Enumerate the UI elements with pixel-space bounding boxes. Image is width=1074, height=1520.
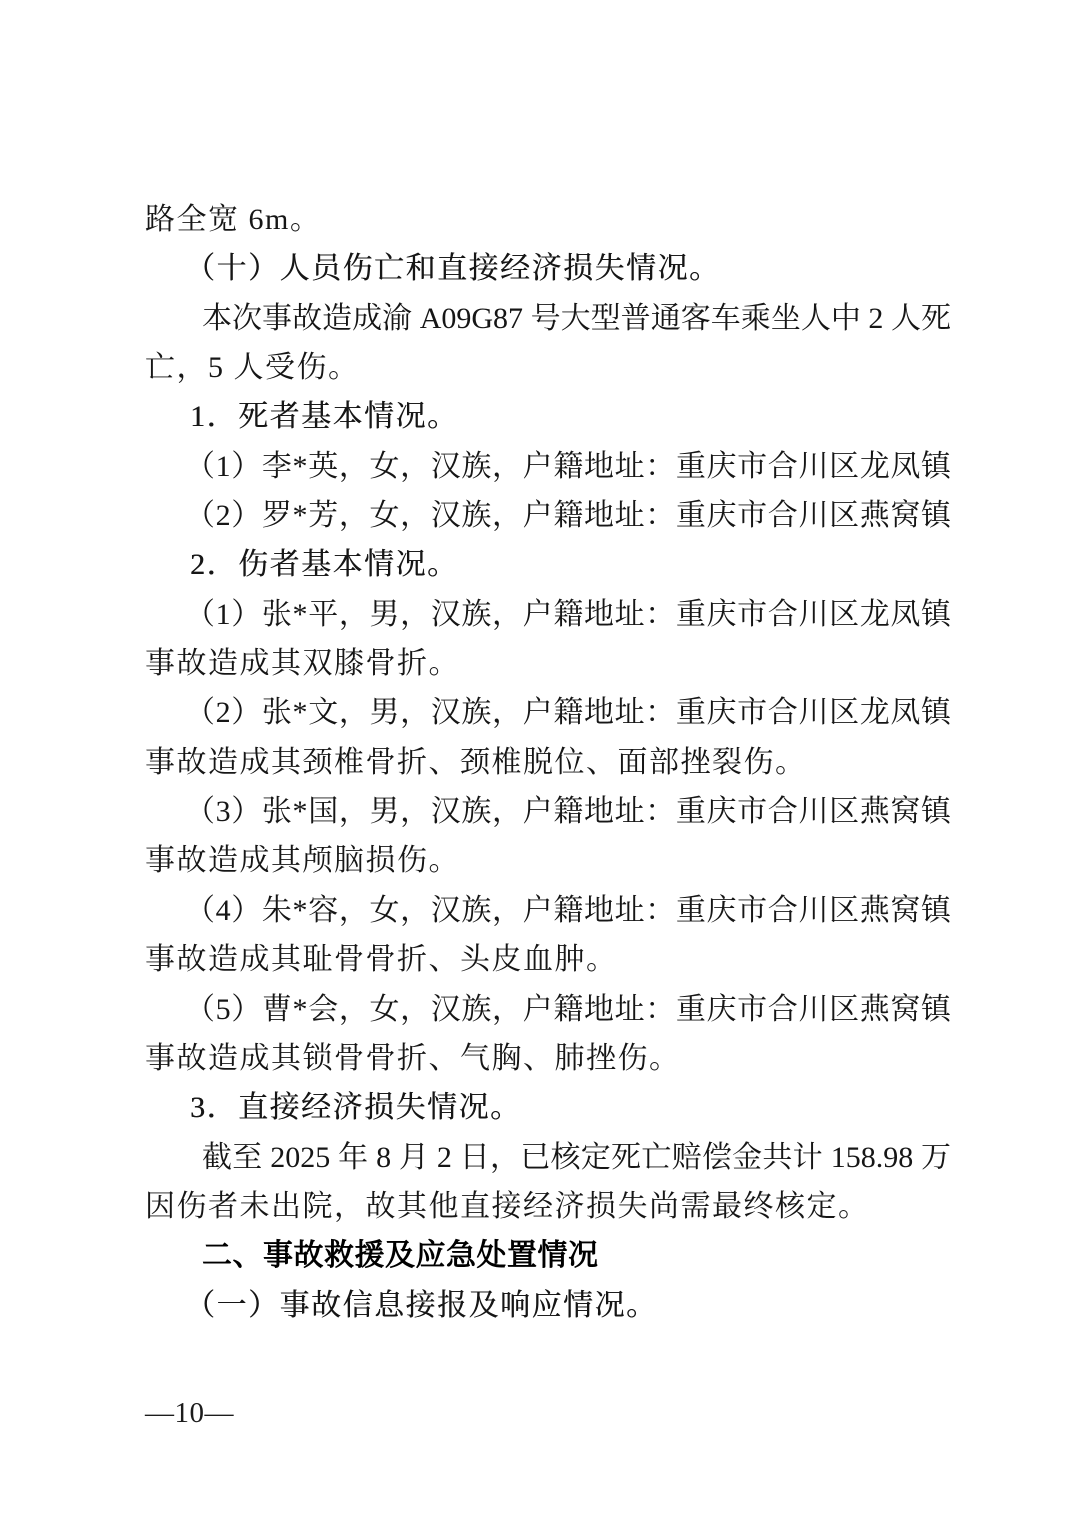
text-line-injured-5-cont: 事故造成其锁骨骨折、气胸、肺挫伤。 [145, 1034, 951, 1083]
page-number: —10— [145, 1397, 234, 1429]
subheading-deceased-info: 1．死者基本情况。 [145, 392, 951, 441]
text-line-injured-4-cont: 事故造成其耻骨骨折、头皮血肿。 [145, 935, 951, 984]
text-line-injured-3-cont: 事故造成其颅脑损伤。 [145, 836, 951, 885]
text-line-deceased-1: （1）李*英，女，汉族，户籍地址：重庆市合川区龙凤镇*****。 [145, 442, 951, 491]
heading-rescue-and-response: 二、事故救援及应急处置情况 [145, 1231, 951, 1280]
text-line-injured-2: （2）张*文，男，汉族，户籍地址：重庆市合川区龙凤镇*****， [145, 688, 951, 737]
text-line-injured-4: （4）朱*容，女，汉族，户籍地址：重庆市合川区燕窝镇*****， [145, 886, 951, 935]
text-line-accident-result: 本次事故造成渝 A09G87 号大型普通客车乘坐人中 2 人死 [145, 294, 951, 343]
text-line-deceased-2: （2）罗*芳，女，汉族，户籍地址：重庆市合川区燕窝镇*****。 [145, 491, 951, 540]
text-line-injured-3: （3）张*国，男，汉族，户籍地址：重庆市合川区燕窝镇*****， [145, 787, 951, 836]
text-line-injured-5: （5）曹*会，女，汉族，户籍地址：重庆市合川区燕窝镇*****， [145, 985, 951, 1034]
subheading-economic-loss: 3．直接经济损失情况。 [145, 1083, 951, 1132]
text-line-injured-2-cont: 事故造成其颈椎骨折、颈椎脱位、面部挫裂伤。 [145, 738, 951, 787]
report-body: 路全宽 6m。 （十）人员伤亡和直接经济损失情况。 本次事故造成渝 A09G87… [145, 195, 951, 1330]
section-heading-casualties-and-losses: （十）人员伤亡和直接经济损失情况。 [145, 244, 951, 293]
text-line-injured-1: （1）张*平，男，汉族，户籍地址：重庆市合川区龙凤镇*****， [145, 590, 951, 639]
text-line-compensation: 截至 2025 年 8 月 2 日，已核定死亡赔偿金共计 158.98 万元， [145, 1133, 951, 1182]
text-line-accident-result-cont: 亡，5 人受伤。 [145, 343, 951, 392]
text-line-injured-1-cont: 事故造成其双膝骨折。 [145, 639, 951, 688]
text-line-compensation-cont: 因伤者未出院，故其他直接经济损失尚需最终核定。 [145, 1182, 951, 1231]
subheading-injured-info: 2．伤者基本情况。 [145, 540, 951, 589]
text-line-road-width: 路全宽 6m。 [145, 195, 951, 244]
subheading-info-report-response: （一）事故信息接报及响应情况。 [145, 1281, 951, 1330]
